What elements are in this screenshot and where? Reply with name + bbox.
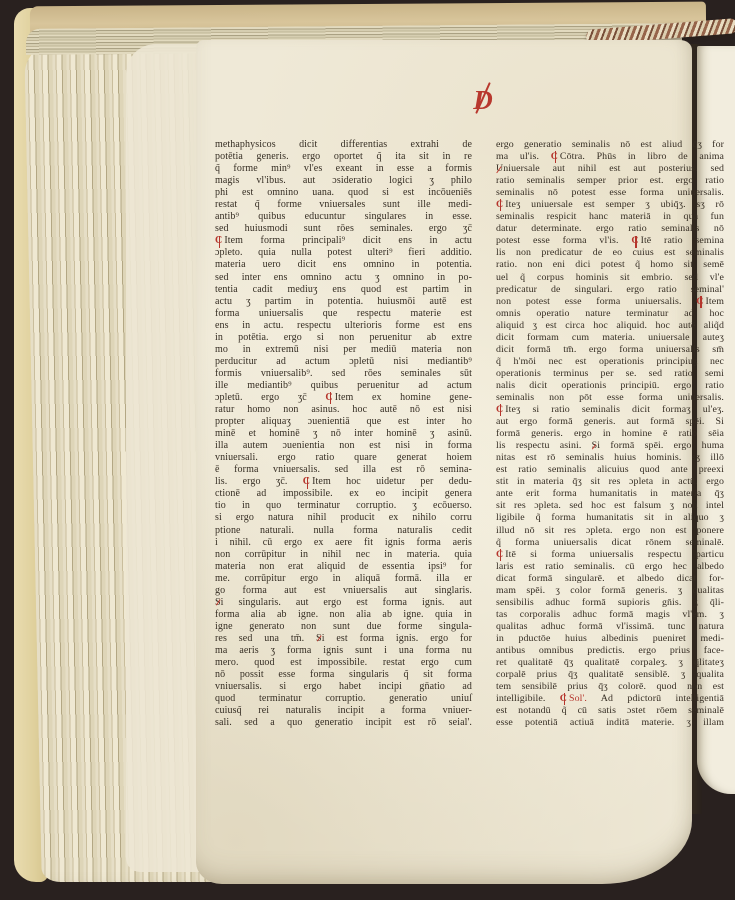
text-line: formis vniuersalib⁹. sed rōes seminales … <box>215 368 472 380</box>
text-line: ratio. non eni dici potest q̃ homo sit s… <box>496 259 724 271</box>
text-line: ens in actu. respectu ulterioris forme e… <box>215 320 472 332</box>
text-line: tas corporalis adhuc formā magis vl'em. … <box>496 609 724 621</box>
text-line: nalis dicit operationis principiū. ergo … <box>496 380 724 392</box>
text-line: non potest esse forma uniuersalis. CItem <box>496 296 724 308</box>
text-line: CItē si forma uniuersalis respectu parti… <box>496 549 724 561</box>
capitulum-mark: C <box>496 199 505 210</box>
text-line: lis respectu asini. Si formā spēi. ergo … <box>496 440 724 452</box>
text-line: intelligibile. CSol'. Ad pdictorū intell… <box>496 693 724 705</box>
text-line: omnis operatio nature terminatur ad hoc <box>496 308 724 320</box>
text-line: ergo generatio seminalis nō est aliud q̄… <box>496 139 724 151</box>
text-line: sensibilis adhuc formā supioris gn̄is. ʒ… <box>496 597 724 609</box>
text-line: stit in materia q̄ʒ sit res ɔpleta in ac… <box>496 476 724 488</box>
text-line: CIteʒ si ratio seminalis dicit formaʒ ul… <box>496 404 724 416</box>
text-line: magis vl'ibus. aut ɔsideratio logici ʒ p… <box>215 175 472 187</box>
text-line: operationis terminus per se. sed ratio s… <box>496 368 724 380</box>
text-line: mam spēi. ʒ color formā generis. ʒ quali… <box>496 585 724 597</box>
text-line: formā generis. ergo in homine ē ratio sē… <box>496 428 724 440</box>
text-line: quod terminatur corruptio. generatio uni… <box>215 693 472 705</box>
quire-signature-mark: D <box>463 83 503 123</box>
text-line: lis non predicatur de eo cuius est semin… <box>496 247 724 259</box>
text-line: tem sensibilē prius q̄ʒ colorē. quod non… <box>496 681 724 693</box>
text-line: si ergo natura nihil producit ex nihilo … <box>215 512 472 524</box>
text-line: q̃ forme min⁹ vl'es exeant in esse a for… <box>215 163 472 175</box>
text-line: potētia generis. ergo oportet q̃ ita sit… <box>215 151 472 163</box>
text-line: sed inter ens omnino actu ʒ omnino in po… <box>215 272 472 284</box>
text-line: go forma aut est vniuersalis aut singlar… <box>215 585 472 597</box>
text-line: sit res ɔpleta. sed hoc est falsum ʒ non… <box>496 500 724 512</box>
text-line: sali. sed a quo generatio incipit est rō… <box>215 717 472 729</box>
text-line: dicit formā tm̄. ergo forma uniuersalis … <box>496 344 724 356</box>
rubricated-letter: S <box>215 597 221 609</box>
text-line: non corrūpitur in nihil nec in materia. … <box>215 549 472 561</box>
text-line: seminalis nō potest esse forma uniuersal… <box>496 187 724 199</box>
text-line: esse potentiā actiuā inditā materie. ʒ i… <box>496 717 724 729</box>
text-line: dicit formam cum materia. uniuersale aut… <box>496 332 724 344</box>
text-line: est notandū q̃ cū satis ɔstet rōem semin… <box>496 705 724 717</box>
capitulum-mark: C <box>496 549 505 560</box>
text-line: me. corrūpitur ergo in aliquā formā. ill… <box>215 573 472 585</box>
text-line: antib⁹ quibus educuntur singulares in es… <box>215 211 472 223</box>
text-line: ma ul'is. CCōtra. Phūs in libro de anima <box>496 151 724 163</box>
text-line: qualitas adhuc formā vl'issimā. tunc nat… <box>496 621 724 633</box>
text-line: tio in quo terminatur corruptio. ʒ ecōue… <box>215 500 472 512</box>
text-line: igne generato non sunt due forme singula… <box>215 621 472 633</box>
text-line: res sed una tm̄. Si est forma ignis. erg… <box>215 633 472 645</box>
capitulum-mark: C <box>631 235 640 246</box>
text-column-right: ergo generatio seminalis nō est aliud q̄… <box>496 139 724 729</box>
text-line: ligibile q̃ forma humanitatis sit in ali… <box>496 512 724 524</box>
text-line: forma uniuersalis que respectu materie e… <box>215 308 472 320</box>
text-line: Si singularis. aut ergo est forma ignis.… <box>215 597 472 609</box>
text-line: phi est omnino uana. quod si est incōuen… <box>215 187 472 199</box>
capitulum-mark: C <box>551 151 560 162</box>
text-line: aut ergo formā generis. aut formā spēi. … <box>496 416 724 428</box>
text-line: minē et hominē ʒ nō inter hominē ʒ asinū… <box>215 428 472 440</box>
text-line: laris est ratio seminalis. cū ergo hec a… <box>496 561 724 573</box>
capitulum-mark: C <box>560 693 569 704</box>
text-line: vniuersalis. si ergo habet incipi gn̄ati… <box>215 681 472 693</box>
text-line: in pductōe huius albedinis pueniret medi… <box>496 633 724 645</box>
text-line: seminalis non pōt esse forma uniuersalis… <box>496 392 724 404</box>
text-line: ret qualitatē q̄ʒ qualitatē corpaleʒ. ʒ … <box>496 657 724 669</box>
text-line: actu ʒ partim in potentia. huiusmōi autē… <box>215 296 472 308</box>
text-line: methaphysicos dicit differentias extrahi… <box>215 139 472 151</box>
book-photo-scene: D methaphysicos dicit differentias extra… <box>0 0 735 900</box>
rubricated-letter: S <box>316 633 322 645</box>
rubricated-letter: S <box>592 440 598 452</box>
text-line: vniuersali. ergo ratio quare generat hoi… <box>215 452 472 464</box>
capitulum-mark: C <box>325 392 334 403</box>
text-line: nō possit esse forma singularis q̃ sit f… <box>215 669 472 681</box>
text-line: CIteʒ uniuersale est semper ʒ ubiq̄ʒ. sʒ… <box>496 199 724 211</box>
capitulum-mark: C <box>303 476 312 487</box>
text-line: ctionē ad impossibile. ex eo incipit gen… <box>215 488 472 500</box>
text-line: datur determinate. ergo ratio seminalis … <box>496 223 724 235</box>
text-line: ɔpletū. ergo ʒc̄ CItem ex homine gene- <box>215 392 472 404</box>
text-line: illa autem ɔuenientia non est nisi in fo… <box>215 440 472 452</box>
text-line: sed huiusmodi sunt rōes seminales. ergo … <box>215 223 472 235</box>
text-line: perducitur ad actum ɔpletū nisi medianti… <box>215 356 472 368</box>
text-line: cuiusq̃ rei naturalis incipit a forma vn… <box>215 705 472 717</box>
text-line: corpalē prius q̄ʒ qualitatē sensiblē. ʒ … <box>496 669 724 681</box>
text-line: ante erit forma humanitatis in materia q… <box>496 488 724 500</box>
text-line: lis. ergo ʒc̄. CItem hoc uidetur per ded… <box>215 476 472 488</box>
text-line: forma alia ab igne. non alia ab igne. qu… <box>215 609 472 621</box>
text-line: q̃ forma uniuersalis dicat rōnem seminal… <box>496 537 724 549</box>
text-line: ē forma vniuersalis. sed illa est rō sem… <box>215 464 472 476</box>
text-line: est ratio seminalis alicuius quod ante p… <box>496 464 724 476</box>
text-line: dicat formā singularē. et albedo dicat f… <box>496 573 724 585</box>
rubricated-letter: U <box>496 163 503 175</box>
text-line: ɔpleto. quia nulla potest ulteri⁹ fieri … <box>215 247 472 259</box>
text-line: materia uero dicit ens omnino in potenti… <box>215 259 472 271</box>
text-line: tentia cadit mediuʒ ens quod est partim … <box>215 284 472 296</box>
text-line: restat q̃ forme vniuersales sunt ille me… <box>215 199 472 211</box>
text-line: ma aeris ʒ forma ignis sunt i una forma … <box>215 645 472 657</box>
text-line: aliquid ʒ est circa hoc aliquid. hoc aut… <box>496 320 724 332</box>
text-line: Uniuersale aut nihil est aut posterius. … <box>496 163 724 175</box>
text-line: ratio seminalis semper prior est. ergo r… <box>496 175 724 187</box>
text-line: illud nō sit res ɔpleta. ergo non est po… <box>496 525 724 537</box>
text-line: ptione naturali. nulla forma naturalis c… <box>215 525 472 537</box>
text-line: propter aliquaʒ ɔuenientiā que est inter… <box>215 416 472 428</box>
text-line: ratur homo non asinus. hoc autē nō est n… <box>215 404 472 416</box>
text-column-left: methaphysicos dicit differentias extrahi… <box>215 139 472 729</box>
capitulum-mark: C <box>696 296 705 307</box>
text-line: i nihil. cū ergo ex aere fit ignis forma… <box>215 537 472 549</box>
text-line: in potētia. ergo si non peruenitur ab ex… <box>215 332 472 344</box>
text-line: mo in extremū nisi per mediū materia non <box>215 344 472 356</box>
text-line: predicatur de singulari. ergo ratio semi… <box>496 284 724 296</box>
text-line: q̃ h'mōi nec est operationis principiuʒ … <box>496 356 724 368</box>
text-line: antibus omnibus predictis. ergo prius fa… <box>496 645 724 657</box>
text-line: nitas est rō seminalis huius hominis. sʒ… <box>496 452 724 464</box>
text-line: CItem forma principali⁹ dicit ens in act… <box>215 235 472 247</box>
text-line: materia non erat aliquid de essentia ips… <box>215 561 472 573</box>
text-line: uel q̃ corpus hominis sit embrio. sed vl… <box>496 272 724 284</box>
text-line: mero. quod est impossibile. restat ergo … <box>215 657 472 669</box>
text-line: seminalis respicit hanc materiā in qua f… <box>496 211 724 223</box>
capitulum-mark: C <box>215 235 224 246</box>
text-line: potest esse forma vl'is. CItē ratio semi… <box>496 235 724 247</box>
text-line: ille mediantib⁹ quibus peruenitur ad act… <box>215 380 472 392</box>
capitulum-mark: C <box>496 404 505 415</box>
red-rubric-text: Sol'. <box>569 693 587 704</box>
